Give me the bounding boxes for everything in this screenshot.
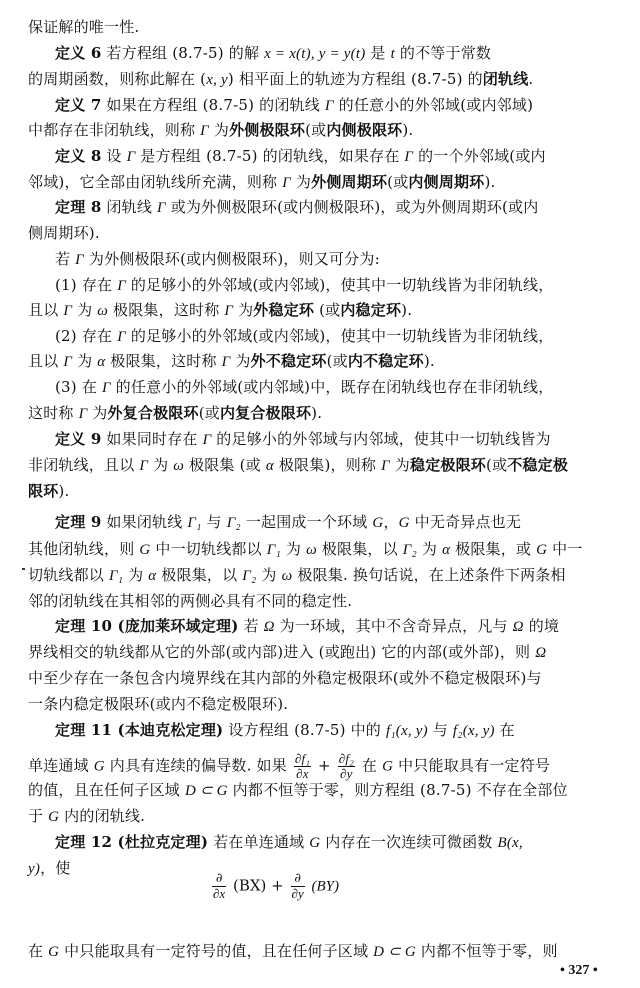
text-run: 若在单连通域: [208, 833, 309, 851]
text-run: 界线相交的轨线都从它的外部(或内部)进入 (或跑出) 它的内部(或外部)，则: [28, 643, 535, 661]
inline-fraction: ∂f₂∂y: [338, 752, 355, 781]
math-symbol: Γ: [200, 123, 209, 139]
text-line: 且以 Γ 为 α 极限集，这时称 Γ 为外不稳定环(或内不稳定环).: [28, 352, 618, 371]
math-symbol: Γ: [404, 149, 413, 165]
math-symbol: G: [48, 944, 59, 960]
bold-term: 定理 11 (本迪克松定理): [55, 721, 223, 739]
math-symbol: G: [536, 542, 547, 558]
bold-term: 外复合极限环: [107, 404, 198, 422]
math-symbol: Γ₂: [403, 542, 417, 558]
bold-term: 限环: [28, 482, 58, 500]
math-symbol: G: [399, 515, 410, 531]
text-run: 如果同时存在: [101, 430, 202, 448]
formula-term-bx: (BX): [233, 877, 266, 895]
math-symbol: Γ₂: [242, 568, 256, 584]
text-run: (或: [314, 301, 340, 319]
text-run: (或: [199, 404, 220, 422]
text-run: 内存在一次连续可微函数: [320, 833, 497, 851]
text-run: 于: [28, 807, 48, 825]
text-run: (2) 存在: [55, 327, 117, 345]
text-line: 切轨线都以 Γ₁ 为 α 极限集，以 Γ₂ 为 ω 极限集. 换句话说，在上述条…: [28, 566, 618, 585]
text-line: 定理 10 (庞加莱环域定理) 若 Ω 为一环域，其中不含奇异点，凡与 Ω 的境: [55, 617, 618, 636]
math-symbol: f₂(x, y): [453, 723, 495, 739]
text-run: 如果闭轨线: [101, 513, 187, 531]
text-run: 的任意小的外邻域(或内邻域)中，既存在闭轨线也存在非闭轨线，: [111, 378, 554, 396]
text-line: 单连通域 G 内具有连续的偏导数. 如果 ∂f₁∂x + ∂f₂∂y 在 G 中…: [28, 752, 618, 781]
text-run: 为: [417, 540, 442, 558]
math-symbol: Γ₂: [227, 515, 241, 531]
math-symbol: Γ: [157, 200, 166, 216]
text-run: 中只能取具有一定符号: [393, 757, 550, 775]
text-run: 为: [72, 301, 97, 319]
text-run: .: [528, 70, 533, 88]
bold-term: 外稳定环: [253, 301, 314, 319]
math-symbol: Γ: [75, 252, 84, 268]
text-run: 的任意小的外邻域(或内邻域): [334, 96, 533, 114]
math-symbol: Ω: [264, 619, 275, 635]
bold-term: 定义 6: [55, 44, 101, 62]
text-run: 是: [365, 44, 390, 62]
text-run: (或: [486, 456, 507, 474]
text-run: ) 相平面上的轨迹为方程组 (8.7-5) 的: [228, 70, 483, 88]
math-symbol: G: [94, 759, 105, 775]
text-run: 为: [256, 566, 281, 584]
text-run: (或: [327, 352, 348, 370]
text-run: 的周期函数，则称此解在 (: [28, 70, 206, 88]
bold-term: 定理 12 (杜拉克定理): [55, 833, 208, 851]
math-symbol: Γ: [79, 406, 88, 422]
text-line: (2) 存在 Γ 的足够小的外邻域(或内邻域)，使其中一切轨线皆为非闭轨线，: [55, 327, 618, 346]
text-run: 内都不恒等于零，则: [416, 942, 558, 960]
text-run: 与: [428, 721, 453, 739]
text-line: 一条内稳定极限环(或内不稳定极限环).: [28, 695, 618, 713]
formula-term-by: (BY): [312, 879, 340, 895]
text-run: 闭轨线: [101, 198, 157, 216]
text-line: (1) 存在 Γ 的足够小的外邻域(或内邻域)，使其中一切轨线皆为非闭轨线，: [55, 276, 618, 295]
partial-x-fraction: ∂ ∂x: [212, 872, 226, 901]
text-run: 中只能取具有一定符号的值，且在任何子区域: [59, 942, 373, 960]
bold-term: 定理 10 (庞加莱环域定理): [55, 617, 239, 635]
bold-term: 定理 8: [55, 198, 101, 216]
text-run: 单连通域: [28, 757, 94, 775]
bold-term: 定理 9: [55, 513, 101, 531]
bold-term: 内侧周期环: [408, 173, 484, 191]
text-run: 设: [101, 147, 126, 165]
math-symbol: G: [48, 809, 59, 825]
text-run: 的足够小的外邻域(或内邻域)，使其中一切轨线皆为非闭轨线，: [126, 276, 553, 294]
text-line: 在 G 中只能取具有一定符号的值，且在任何子区域 D ⊂ G 内都不恒等于零，则: [28, 942, 618, 961]
bold-term: 外不稳定环: [251, 352, 327, 370]
text-line: 且以 Γ 为 ω 极限集，这时称 Γ 为外稳定环 (或内稳定环).: [28, 301, 618, 320]
text-run: 在: [28, 942, 48, 960]
bold-term: 外侧极限环: [229, 121, 305, 139]
text-run: 的足够小的外邻域与内邻域，使其中一切轨线皆为: [211, 430, 550, 448]
text-line: 定理 11 (本迪克松定理) 设方程组 (8.7-5) 中的 f₁(x, y) …: [55, 721, 618, 740]
document-page: 保证解的唯一性.定义 6 若方程组 (8.7-5) 的解 x = x(t), y…: [0, 0, 640, 988]
text-run: 为: [230, 352, 250, 370]
text-line: 若 Γ 为外侧极限环(或内侧极限环)，则又可分为:: [55, 250, 618, 269]
text-run: ，: [383, 513, 398, 531]
inline-fraction: ∂f₁∂x: [294, 752, 311, 781]
text-run: ).: [311, 404, 322, 422]
text-run: 为: [148, 456, 173, 474]
text-run: 邻域)，它全部由闭轨线所充满，则称: [28, 173, 282, 191]
text-run: 的一个外邻域(或内: [413, 147, 546, 165]
math-symbol: α: [266, 458, 274, 474]
text-line: 定理 8 闭轨线 Γ 或为外侧极限环(或内侧极限环)，或为外侧周期环(或内: [55, 198, 618, 217]
scan-speck: [22, 568, 25, 570]
text-line: 定义 7 如果在方程组 (8.7-5) 的闭轨线 Γ 的任意小的外邻域(或内邻域…: [55, 96, 618, 115]
math-symbol: Γ: [63, 303, 72, 319]
text-run: 极限集)，则称: [274, 456, 381, 474]
math-symbol: Γ: [102, 380, 111, 396]
bold-term: 闭轨线: [483, 70, 529, 88]
text-line: 非闭轨线，且以 Γ 为 ω 极限集 (或 α 极限集)，则称 Γ 为稳定极限环(…: [28, 456, 618, 475]
text-run: 若: [239, 617, 264, 635]
text-line: 的周期函数，则称此解在 (x, y) 相平面上的轨迹为方程组 (8.7-5) 的…: [28, 70, 618, 89]
math-symbol: Γ: [117, 278, 126, 294]
text-run: 中至少存在一条包含内境界线在其内部的外稳定极限环(或外不稳定极限环)与: [28, 669, 542, 687]
text-line: 其他闭轨线，则 G 中一切轨线都以 Γ₁ 为 ω 极限集，以 Γ₂ 为 α 极限…: [28, 540, 618, 559]
text-line: 定义 8 设 Γ 是方程组 (8.7-5) 的闭轨线，如果存在 Γ 的一个外邻域…: [55, 147, 618, 166]
text-run: (1) 存在: [55, 276, 117, 294]
math-symbol: Γ: [282, 175, 291, 191]
text-run: 极限集，这时称: [105, 352, 221, 370]
math-symbol: f₁(x, y): [386, 723, 428, 739]
math-symbol: Γ: [381, 458, 390, 474]
math-symbol: B(x,: [497, 835, 522, 851]
text-run: 为: [281, 540, 306, 558]
text-run: 在: [495, 721, 515, 739]
math-symbol: x = x(t), y = y(t): [264, 46, 365, 62]
text-run: 极限集. 换句话说，在上述条件下两条相: [292, 566, 565, 584]
formula-plus: +: [271, 877, 284, 895]
text-run: 这时称: [28, 404, 79, 422]
text-line: 中至少存在一条包含内境界线在其内部的外稳定极限环(或外不稳定极限环)与: [28, 669, 618, 687]
math-symbol: Ω: [535, 645, 546, 661]
text-line: 的值，且在任何子区域 D ⊂ G 内都不恒等于零，则方程组 (8.7-5) 不存…: [28, 781, 618, 800]
text-run: 保证解的唯一性.: [28, 18, 139, 36]
text-run: 邻的闭轨线在其相邻的两侧必具有不同的稳定性.: [28, 592, 352, 610]
math-symbol: G: [382, 759, 393, 775]
display-formula: ∂ ∂x (BX) + ∂ ∂y (BY): [210, 872, 470, 901]
bold-term: 定义 7: [55, 96, 101, 114]
math-symbol: Γ: [325, 98, 334, 114]
math-symbol: y): [28, 861, 40, 877]
text-run: (3) 在: [55, 378, 102, 396]
text-run: 为外侧极限环(或内侧极限环)，则又可分为:: [84, 250, 380, 268]
text-line: 定义 9 如果同时存在 Γ 的足够小的外邻域与内邻域，使其中一切轨线皆为: [55, 430, 618, 449]
bold-term: 内稳定环: [340, 301, 401, 319]
math-symbol: ω: [282, 568, 293, 584]
text-line: 定理 9 如果闭轨线 Γ₁ 与 Γ₂ 一起围成一个环域 G，G 中无奇异点也无: [55, 513, 618, 532]
text-run: 极限集，以: [156, 566, 242, 584]
bold-term: 外侧周期环: [311, 173, 387, 191]
text-run: 且以: [28, 301, 63, 319]
text-run: 的不等于常数: [395, 44, 491, 62]
math-symbol: G: [309, 835, 320, 851]
text-line: 保证解的唯一性.: [28, 18, 618, 36]
math-symbol: Γ: [117, 329, 126, 345]
text-run: (或: [305, 121, 326, 139]
math-symbol: Γ: [63, 354, 72, 370]
text-line: 界线相交的轨线都从它的外部(或内部)进入 (或跑出) 它的内部(或外部)，则 Ω: [28, 643, 618, 662]
text-run: 为: [233, 301, 253, 319]
text-run: ).: [58, 482, 69, 500]
text-run: 为: [390, 456, 410, 474]
math-symbol: G: [139, 542, 150, 558]
text-run: 切轨线都以: [28, 566, 109, 584]
math-symbol: ω: [173, 458, 184, 474]
text-run: 为: [123, 566, 148, 584]
text-run: ).: [424, 352, 435, 370]
text-run: 为: [87, 404, 107, 422]
text-run: 的境: [524, 617, 559, 635]
page-number: • 327 •: [560, 963, 598, 979]
text-run: 中都存在非闭轨线，则称: [28, 121, 200, 139]
text-run: 如果在方程组 (8.7-5) 的闭轨线: [101, 96, 324, 114]
text-run: ).: [401, 301, 412, 319]
bold-term: 定义 9: [55, 430, 101, 448]
text-run: 若: [55, 250, 75, 268]
bold-term: 内侧极限环: [326, 121, 402, 139]
text-run: 中一: [547, 540, 582, 558]
text-run: 其他闭轨线，则: [28, 540, 139, 558]
text-run: 极限集，这时称: [108, 301, 224, 319]
bold-term: 稳定极限环: [410, 456, 486, 474]
text-run: (或: [387, 173, 408, 191]
bold-term: 内复合极限环: [220, 404, 311, 422]
bold-term: 定义 8: [55, 147, 101, 165]
text-run: 中一切轨线都以: [150, 540, 266, 558]
text-run: 为: [291, 173, 311, 191]
text-run: 内都不恒等于零，则方程组 (8.7-5) 不存在全部位: [228, 781, 568, 799]
text-run: 或为外侧极限环(或内侧极限环)，或为外侧周期环(或内: [166, 198, 539, 216]
math-symbol: D ⊂ G: [185, 783, 228, 799]
text-line: 定理 12 (杜拉克定理) 若在单连通域 G 内存在一次连续可微函数 B(x,: [55, 833, 618, 852]
text-run: ).: [402, 121, 413, 139]
text-run: 设方程组 (8.7-5) 中的: [223, 721, 386, 739]
text-run: 若方程组 (8.7-5) 的解: [101, 44, 264, 62]
partial-y-fraction: ∂ ∂y: [291, 872, 305, 901]
text-line: 邻域)，它全部由闭轨线所充满，则称 Γ 为外侧周期环(或内侧周期环).: [28, 173, 618, 192]
text-run: 是方程组 (8.7-5) 的闭轨线，如果存在: [135, 147, 404, 165]
bold-term: 内不稳定环: [348, 352, 424, 370]
text-line: 定义 6 若方程组 (8.7-5) 的解 x = x(t), y = y(t) …: [55, 44, 618, 63]
text-run: 在: [357, 757, 382, 775]
text-run: 为: [209, 121, 229, 139]
text-run: 非闭轨线，且以: [28, 456, 139, 474]
math-symbol: ω: [306, 542, 317, 558]
text-line: (3) 在 Γ 的任意小的外邻域(或内邻域)中，既存在闭轨线也存在非闭轨线，: [55, 378, 618, 397]
text-run: 中无奇异点也无: [410, 513, 521, 531]
text-run: 的值，且在任何子区域: [28, 781, 185, 799]
text-run: 的足够小的外邻域(或内邻域)，使其中一切轨线皆为非闭轨线，: [126, 327, 553, 345]
math-symbol: x, y: [206, 72, 228, 88]
text-run: 内具有连续的偏导数. 如果: [105, 757, 292, 775]
text-run: ).: [484, 173, 495, 191]
text-run: 侧周期环).: [28, 224, 100, 242]
math-symbol: G: [372, 515, 383, 531]
text-run: 极限集，以: [317, 540, 403, 558]
text-run: 极限集，或: [450, 540, 536, 558]
math-symbol: Γ₁: [109, 568, 123, 584]
text-run: 极限集 (或: [184, 456, 266, 474]
math-symbol: D ⊂ G: [373, 944, 416, 960]
text-run: 内的闭轨线.: [59, 807, 145, 825]
text-run: 为一环域，其中不含奇异点，凡与: [275, 617, 513, 635]
text-line: 限环).: [28, 482, 618, 500]
math-symbol: Γ₁: [187, 515, 201, 531]
math-symbol: α: [442, 542, 450, 558]
text-run: ，使: [40, 859, 70, 877]
text-run: 一条内稳定极限环(或内不稳定极限环).: [28, 695, 288, 713]
text-line: 侧周期环).: [28, 224, 618, 242]
text-run: +: [313, 757, 336, 775]
math-symbol: Γ: [224, 303, 233, 319]
text-line: 于 G 内的闭轨线.: [28, 807, 618, 826]
text-line: 邻的闭轨线在其相邻的两侧必具有不同的稳定性.: [28, 592, 618, 610]
bold-term: 不稳定极: [507, 456, 568, 474]
math-symbol: ω: [97, 303, 108, 319]
text-line: 中都存在非闭轨线，则称 Γ 为外侧极限环(或内侧极限环).: [28, 121, 618, 140]
text-run: 为: [72, 352, 97, 370]
text-run: 与: [202, 513, 227, 531]
text-line: 这时称 Γ 为外复合极限环(或内复合极限环).: [28, 404, 618, 423]
math-symbol: Ω: [513, 619, 524, 635]
math-symbol: Γ: [139, 458, 148, 474]
text-run: 一起围成一个环域: [241, 513, 373, 531]
math-symbol: Γ₁: [267, 542, 281, 558]
text-run: 且以: [28, 352, 63, 370]
